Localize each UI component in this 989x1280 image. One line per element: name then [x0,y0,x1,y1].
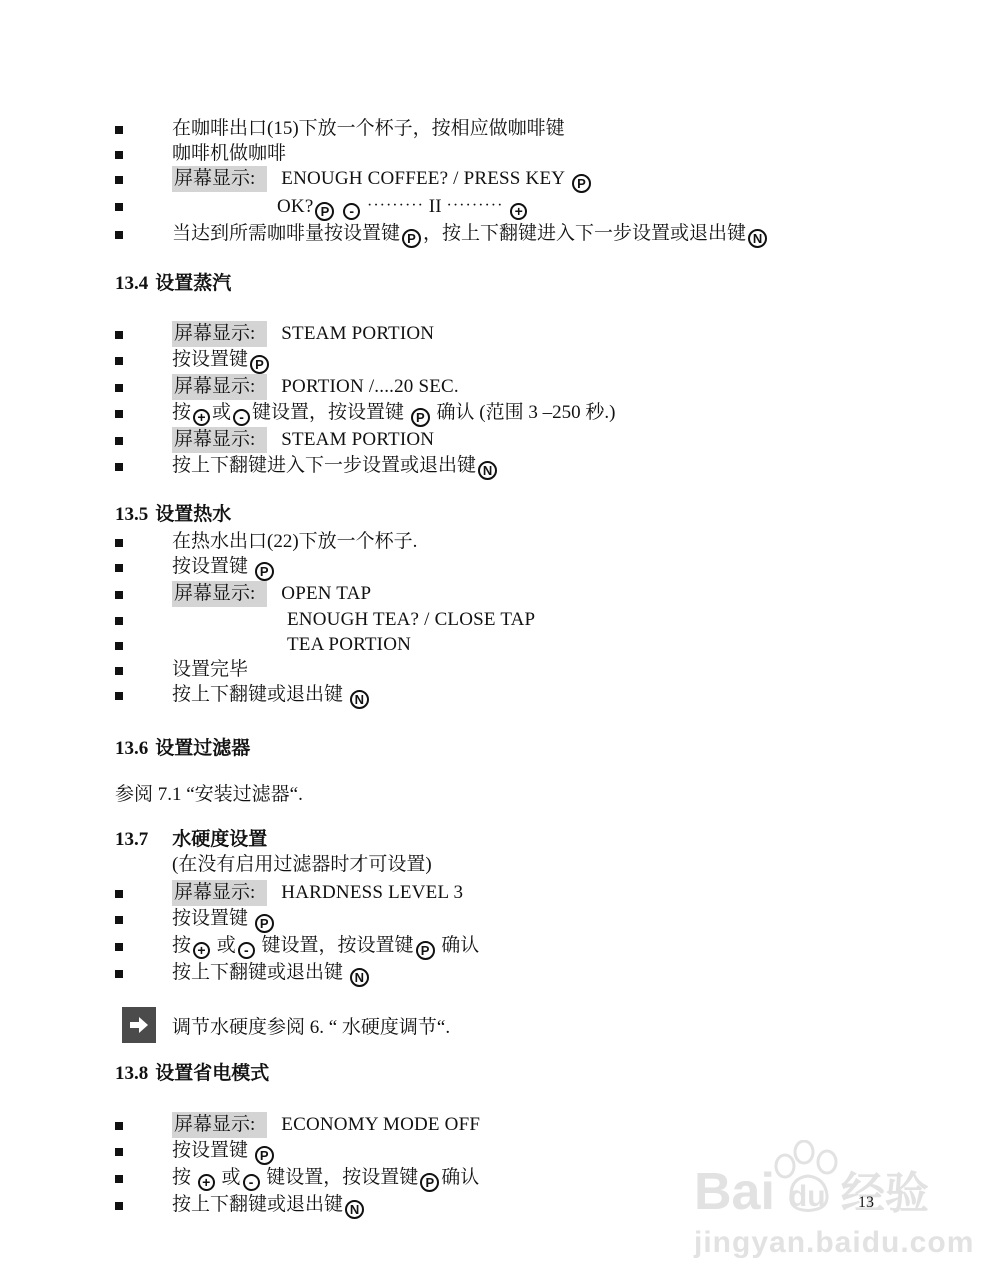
item-text: 按设置键 [172,908,248,929]
screen-display-label: 屏幕显示: [172,166,267,192]
bullet-icon [115,126,123,134]
key-minus-icon: - [233,409,250,426]
key-p-icon: P [255,914,274,933]
list-item: 屏幕显示:ECONOMY MODE OFF [115,1112,875,1138]
document-page: Bai du 经验 jingyan.baidu.com 在 [0,0,989,1280]
key-p-icon: P [255,562,274,581]
screen-display-label: 屏幕显示: [172,321,267,347]
item-text: 确认 [441,1167,479,1188]
section-13-4-list: 屏幕显示:STEAM PORTION 按设置键P 屏幕显示:PORTION /.… [115,321,875,480]
section-13-5-list: 在热水出口(22)下放一个杯子. 按设置键 P 屏幕显示:OPEN TAP EN… [115,529,875,709]
list-item: 屏幕显示:STEAM PORTION [115,427,875,453]
item-text: 键设置，按设置键 [252,402,404,423]
dots-right: ········· [447,197,504,214]
bullet-icon [115,437,123,445]
item-text: 按设置键 [172,349,248,370]
bullet-icon [115,943,123,951]
bullet-icon [115,642,123,650]
screen-display-label: 屏幕显示: [172,581,267,607]
list-item: 按设置键P [115,347,875,374]
list-item: 按+或-键设置，按设置键 P 确认 (范围 3 –250 秒.) [115,400,875,427]
section-title: 设置省电模式 [155,1063,269,1084]
watermark-url: jingyan.baidu.com [694,1226,964,1260]
item-text: 按 [172,1167,191,1188]
item-text: 按上下翻键或退出键 [172,1194,343,1215]
display-message: HARDNESS LEVEL 3 [281,882,463,903]
list-item: 屏幕显示:OPEN TAP [115,581,875,607]
key-plus-icon: + [198,1174,215,1191]
item-text: 确认 (范围 3 –250 秒.) [437,402,616,423]
section-heading-13-4: 13.4设置蒸汽 [115,272,875,296]
bullet-icon [115,1122,123,1130]
bullet-icon [115,151,123,159]
list-item: 屏幕显示:PORTION /....20 SEC. [115,374,875,400]
section-13-7-subtitle: (在没有启用过滤器时才可设置) [115,852,875,877]
section-title: 水硬度设置 [172,829,267,850]
bullet-icon [115,890,123,898]
key-n-icon: N [478,461,497,480]
item-text: 在热水出口(22)下放一个杯子. [172,529,875,554]
item-text: 按上下翻键进入下一步设置或退出键 [172,455,476,476]
screen-display-label: 屏幕显示: [172,374,267,400]
key-plus-icon: + [193,409,210,426]
item-text: 键设置，按设置键 [262,935,414,956]
key-minus-icon: - [238,942,255,959]
key-p-icon: P [255,1146,274,1165]
divider-text: II [429,196,442,217]
section-heading-13-5: 13.5设置热水 [115,503,875,527]
section-heading-13-7: 13.7水硬度设置 [115,828,875,852]
screen-display-label: 屏幕显示: [172,880,267,906]
bullet-icon [115,667,123,675]
key-plus-icon: + [193,942,210,959]
section-number: 13.6 [115,738,148,759]
bullet-icon [115,970,123,978]
key-minus-icon: - [243,1174,260,1191]
section-title: 设置蒸汽 [155,273,231,294]
bullet-icon [115,1202,123,1210]
dots-left: ········· [367,197,424,214]
section-heading-13-6: 13.6设置过滤器 [115,737,875,761]
display-message: ENOUGH TEA? / CLOSE TAP [172,607,875,632]
display-message: PORTION /....20 SEC. [281,376,459,397]
intro-list: 在咖啡出口(15)下放一个杯子，按相应做咖啡键 咖啡机做咖啡 屏幕显示:ENOU… [115,116,875,248]
item-text: 设置完毕 [172,657,875,682]
bullet-icon [115,331,123,339]
item-text: 确认 [441,935,479,956]
item-text: 当达到所需咖啡量按设置键 [172,223,400,244]
key-n-icon: N [350,690,369,709]
bullet-icon [115,539,123,547]
section-title: 设置热水 [155,504,231,525]
key-p-icon: P [420,1173,439,1192]
bullet-icon [115,1148,123,1156]
list-item: 按+ 或- 键设置，按设置键P 确认 [115,933,875,960]
key-p-icon: P [411,408,430,427]
item-text: 按设置键 [172,1140,248,1161]
bullet-icon [115,176,123,184]
list-item: 按设置键 P [115,906,875,933]
item-text: 键设置，按设置键 [266,1167,418,1188]
item-text: 或 [217,935,236,956]
list-item: 按上下翻键或退出键N [115,1192,875,1219]
display-message: OPEN TAP [281,583,371,604]
section-13-8-list: 屏幕显示:ECONOMY MODE OFF 按设置键 P 按 + 或- 键设置，… [115,1112,875,1219]
list-item: 在热水出口(22)下放一个杯子. [115,529,875,554]
bullet-icon [115,463,123,471]
bullet-icon [115,1175,123,1183]
list-item: 按设置键 P [115,1138,875,1165]
list-item: 在咖啡出口(15)下放一个杯子，按相应做咖啡键 [115,116,875,141]
screen-display-label: 屏幕显示: [172,427,267,453]
section-13-6-paragraph: 参阅 7.1 “安装过滤器“. [115,782,875,807]
list-item: 咖啡机做咖啡 [115,141,875,166]
section-13-7-list: 屏幕显示:HARDNESS LEVEL 3 按设置键 P 按+ 或- 键设置，按… [115,880,875,987]
bullet-icon [115,617,123,625]
bullet-icon [115,203,123,211]
section-number: 13.8 [115,1063,148,1084]
key-p-icon: P [402,229,421,248]
bullet-icon [115,692,123,700]
item-text: 或 [222,1167,241,1188]
note-text: 调节水硬度参阅 6. “ 水硬度调节“. [172,1012,450,1039]
list-item: 按上下翻键或退出键 N [115,960,875,987]
list-item: 设置完毕 [115,657,875,682]
page-number: 13 [858,1194,874,1212]
section-number: 13.5 [115,504,148,525]
bullet-icon [115,231,123,239]
bullet-icon [115,916,123,924]
page-content: 在咖啡出口(15)下放一个杯子，按相应做咖啡键 咖啡机做咖啡 屏幕显示:ENOU… [115,116,875,1219]
item-text: 咖啡机做咖啡 [172,141,875,166]
list-item: OK?P - ········· II ········· + [115,193,875,221]
list-item: 当达到所需咖啡量按设置键P，按上下翻键进入下一步设置或退出键N [115,221,875,248]
key-plus-icon: + [510,203,527,220]
list-item: 屏幕显示:HARDNESS LEVEL 3 [115,880,875,906]
key-p-icon: P [250,355,269,374]
key-n-icon: N [350,968,369,987]
section-title: 设置过滤器 [155,738,250,759]
list-item: 屏幕显示:STEAM PORTION [115,321,875,347]
list-item: ENOUGH TEA? / CLOSE TAP [115,607,875,632]
section-number: 13.4 [115,273,148,294]
item-text: 或 [212,402,231,423]
list-item: 按上下翻键进入下一步设置或退出键N [115,453,875,480]
list-item: 屏幕显示:ENOUGH COFFEE? / PRESS KEY P [115,166,875,193]
display-message: ENOUGH COFFEE? / PRESS KEY [281,168,565,189]
key-n-icon: N [748,229,767,248]
key-n-icon: N [345,1200,364,1219]
item-text: ，按上下翻键进入下一步设置或退出键 [423,223,746,244]
screen-display-label: 屏幕显示: [172,1112,267,1138]
bullet-icon [115,564,123,572]
bullet-icon [115,410,123,418]
display-message: ECONOMY MODE OFF [281,1114,480,1135]
section-heading-13-8: 13.8设置省电模式 [115,1062,875,1086]
arrow-right-icon [122,1007,156,1043]
bullet-icon [115,384,123,392]
item-text: 按上下翻键或退出键 [172,962,343,983]
display-message: OK? [277,196,313,217]
item-text: 按 [172,402,191,423]
item-text: 按设置键 [172,556,248,577]
item-text: 按上下翻键或退出键 [172,684,343,705]
display-message: STEAM PORTION [281,429,434,450]
bullet-icon [115,591,123,599]
key-minus-icon: - [343,203,360,220]
display-message: TEA PORTION [172,632,875,657]
key-p-icon: P [572,174,591,193]
section-number: 13.7 [115,829,148,850]
item-text: 在咖啡出口(15)下放一个杯子，按相应做咖啡键 [172,116,875,141]
display-message: STEAM PORTION [281,323,434,344]
list-item: 按设置键 P [115,554,875,581]
key-p-icon: P [416,941,435,960]
bullet-icon [115,357,123,365]
key-p-icon: P [315,202,334,221]
list-item: 按 + 或- 键设置，按设置键P确认 [115,1165,875,1192]
note-row: 调节水硬度参阅 6. “ 水硬度调节“. [115,1007,875,1043]
item-text: 按 [172,935,191,956]
list-item: 按上下翻键或退出键 N [115,682,875,709]
list-item: TEA PORTION [115,632,875,657]
